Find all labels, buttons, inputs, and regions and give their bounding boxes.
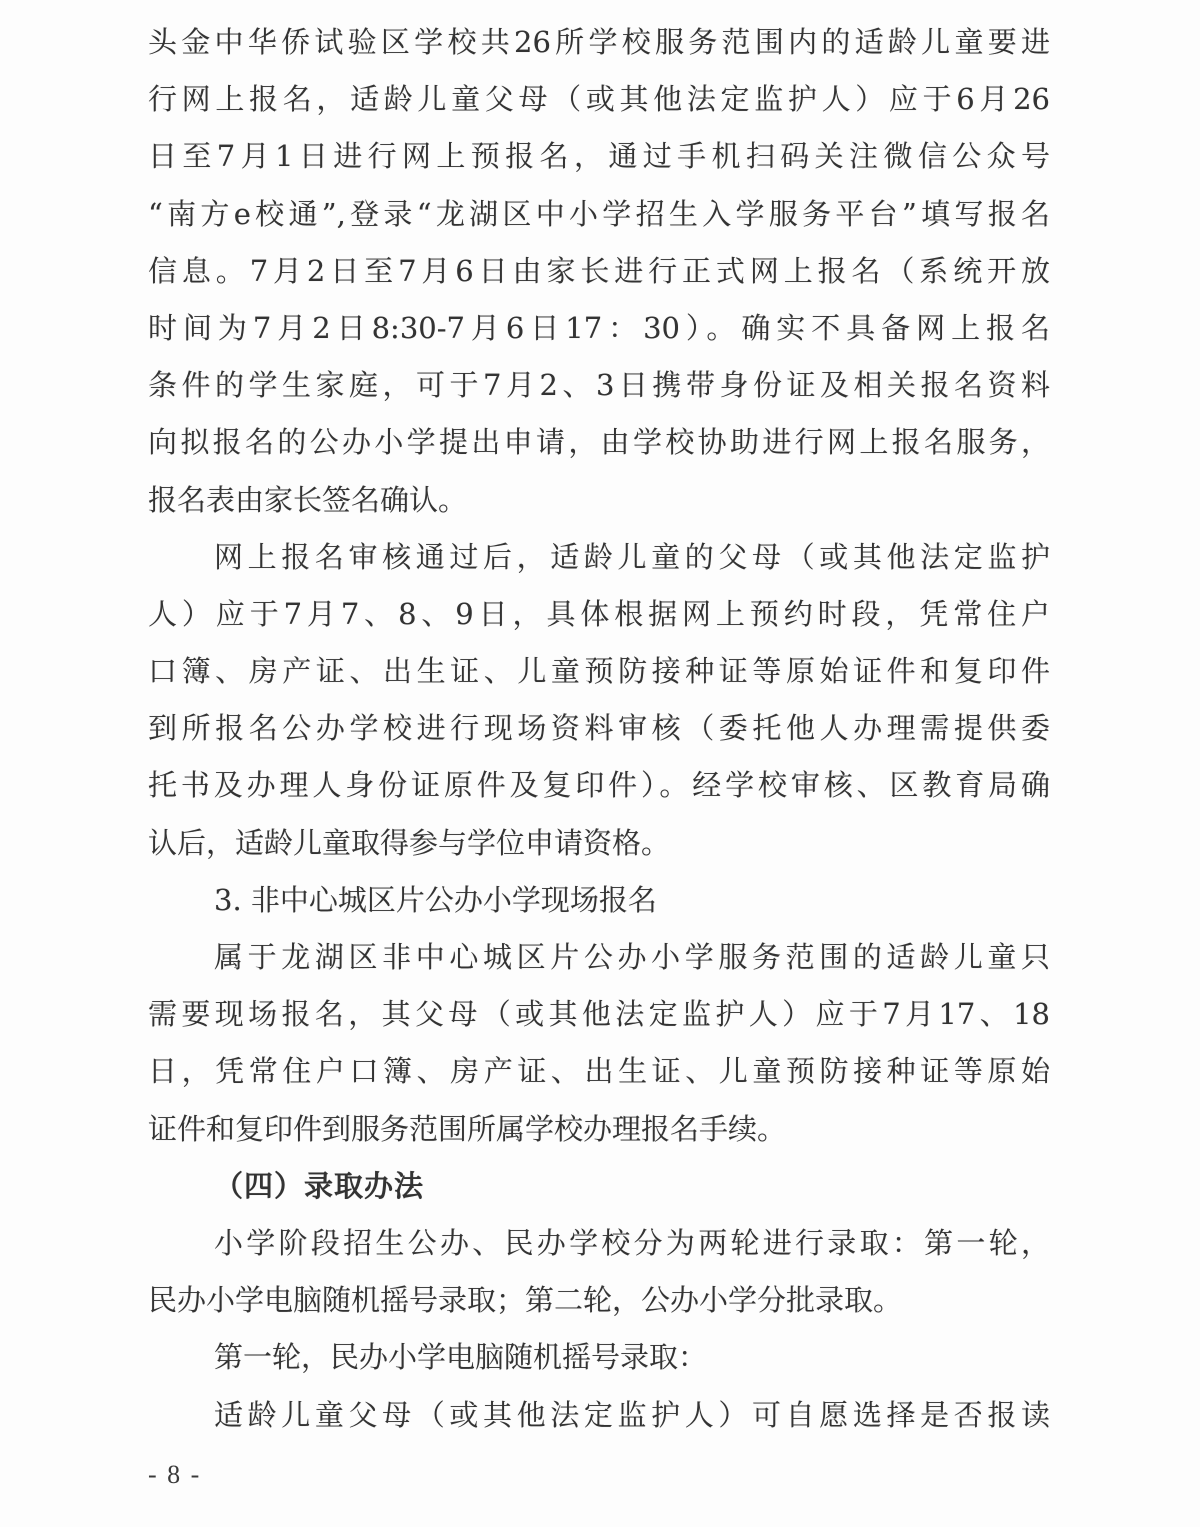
text-line: 证件和复印件到服务范围所属学校办理报名手续。 bbox=[148, 1101, 1050, 1158]
text-line: 时间为7月2日8:30-7月6日17：30）。确实不具备网上报名 bbox=[148, 300, 1050, 357]
text-line: 需要现场报名，其父母（或其他法定监护人）应于7月17、18 bbox=[148, 986, 1050, 1043]
text-line: 条件的学生家庭，可于7月2、3日携带身份证及相关报名资料 bbox=[148, 357, 1050, 414]
text-line: 认后，适龄儿童取得参与学位申请资格。 bbox=[148, 815, 1050, 872]
paragraph-first-line: 网上报名审核通过后，适龄儿童的父母（或其他法定监护 bbox=[148, 529, 1050, 586]
text-line: 头金中华侨试验区学校共26所学校服务范围内的适龄儿童要进 bbox=[148, 14, 1050, 71]
text-line: “南方e校通”,登录“龙湖区中小学招生入学服务平台”填写报名 bbox=[148, 186, 1050, 243]
paragraph-first-line: 适龄儿童父母（或其他法定监护人）可自愿选择是否报读 bbox=[148, 1387, 1050, 1444]
paragraph-first-line: 小学阶段招生公办、民办学校分为两轮进行录取：第一轮， bbox=[148, 1215, 1050, 1272]
text-line: 人）应于7月7、8、9日，具体根据网上预约时段，凭常住户 bbox=[148, 586, 1050, 643]
text-line: 日至7月1日进行网上预报名，通过手机扫码关注微信公众号 bbox=[148, 128, 1050, 185]
page-number: - 8 - bbox=[148, 1460, 201, 1490]
subheading: 3. 非中心城区片公办小学现场报名 bbox=[148, 872, 1050, 929]
document-body: 头金中华侨试验区学校共26所学校服务范围内的适龄儿童要进 行网上报名，适龄儿童父… bbox=[148, 14, 1050, 1444]
section-heading: （四）录取办法 bbox=[148, 1158, 1050, 1215]
paragraph-first-line: 第一轮，民办小学电脑随机摇号录取： bbox=[148, 1329, 1050, 1386]
text-line: 民办小学电脑随机摇号录取；第二轮，公办小学分批录取。 bbox=[148, 1272, 1050, 1329]
text-line: 报名表由家长签名确认。 bbox=[148, 472, 1050, 529]
text-line: 向拟报名的公办小学提出申请，由学校协助进行网上报名服务， bbox=[148, 414, 1050, 471]
text-line: 托书及办理人身份证原件及复印件）。经学校审核、区教育局确 bbox=[148, 757, 1050, 814]
text-line: 信息。7月2日至7月6日由家长进行正式网上报名（系统开放 bbox=[148, 243, 1050, 300]
text-line: 到所报名公办学校进行现场资料审核（委托他人办理需提供委 bbox=[148, 700, 1050, 757]
text-line: 行网上报名，适龄儿童父母（或其他法定监护人）应于6月26 bbox=[148, 71, 1050, 128]
text-line: 日，凭常住户口簿、房产证、出生证、儿童预防接种证等原始 bbox=[148, 1043, 1050, 1100]
text-line: 口簿、房产证、出生证、儿童预防接种证等原始证件和复印件 bbox=[148, 643, 1050, 700]
paragraph-first-line: 属于龙湖区非中心城区片公办小学服务范围的适龄儿童只 bbox=[148, 929, 1050, 986]
document-page: 头金中华侨试验区学校共26所学校服务范围内的适龄儿童要进 行网上报名，适龄儿童父… bbox=[0, 0, 1200, 1527]
